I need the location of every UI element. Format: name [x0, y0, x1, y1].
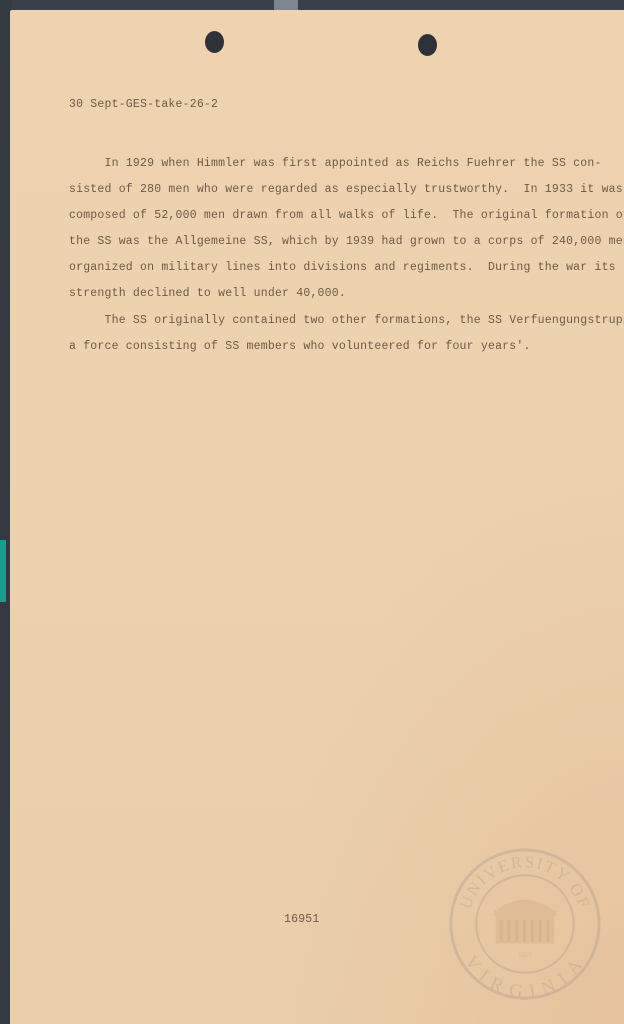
punch-hole-left [205, 31, 224, 53]
svg-text:VIRGINIA: VIRGINIA [460, 952, 589, 1002]
university-seal-watermark: UNIVERSITY OF VIRGINIA 1819 [447, 846, 603, 1002]
text-line: organized on military lines into divisio… [69, 261, 616, 274]
seal-year: 1819 [518, 952, 532, 959]
top-edge-highlight [274, 0, 298, 10]
seal-bottom-text: VIRGINIA [460, 952, 589, 1002]
document-page: 30 Sept-GES-take-26-2 In 1929 when Himml… [10, 10, 624, 1024]
green-index-tab [0, 540, 6, 602]
text-line: the SS was the Allgemeine SS, which by 1… [69, 235, 624, 248]
text-line: strength declined to well under 40,000. [69, 287, 346, 300]
text-line: The SS originally contained two other fo… [69, 314, 624, 327]
punch-hole-right [418, 34, 437, 56]
text-line: sisted of 280 men who were regarded as e… [69, 183, 623, 196]
text-line: In 1929 when Himmler was first appointed… [69, 157, 602, 170]
page-number: 16951 [284, 913, 320, 926]
text-line: composed of 52,000 men drawn from all wa… [69, 209, 624, 222]
document-slug: 30 Sept-GES-take-26-2 [69, 98, 218, 111]
text-line: a force consisting of SS members who vol… [69, 340, 531, 353]
